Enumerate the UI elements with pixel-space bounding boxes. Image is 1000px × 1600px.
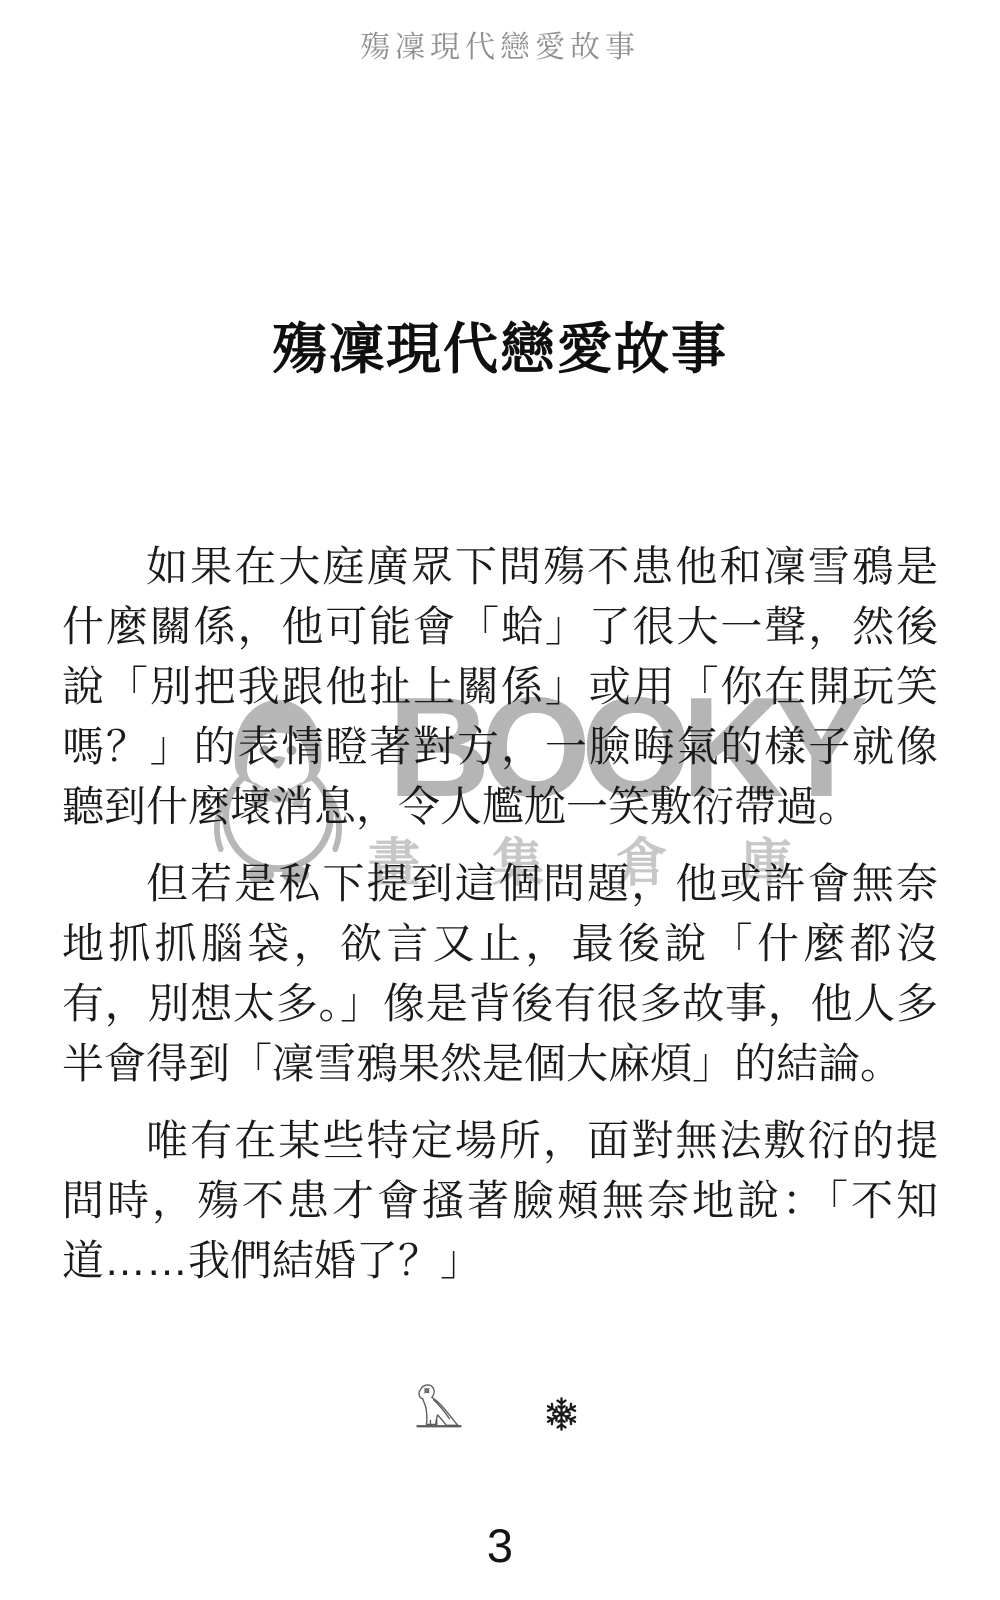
story-text: 如果在大庭廣眾下問殤不患他和凜雪鴉是什麼關係，他可能會「蛤」了很大一聲，然後說「… <box>62 537 938 1308</box>
paragraph-1: 如果在大庭廣眾下問殤不患他和凜雪鴉是什麼關係，他可能會「蛤」了很大一聲，然後說「… <box>62 537 938 837</box>
paragraph-2: 但若是私下提到這個問題，他或許會無奈地抓抓腦袋，欲言又止，最後說「什麼都沒有，別… <box>62 854 938 1094</box>
falcon-hieroglyph-icon <box>412 1380 466 1432</box>
running-header: 殤凜現代戀愛故事 <box>0 30 1000 66</box>
page-number: 3 <box>0 1518 1000 1574</box>
book-page: 殤凜現代戀愛故事 殤凜現代戀愛故事 <box>0 0 1000 1600</box>
snowflake-icon <box>545 1395 578 1433</box>
chapter-title: 殤凜現代戀愛故事 <box>0 316 1000 382</box>
paragraph-3: 唯有在某些特定場所，面對無法敷衍的提問時，殤不患才會搔著臉頰無奈地說：「不知道…… <box>62 1111 938 1291</box>
